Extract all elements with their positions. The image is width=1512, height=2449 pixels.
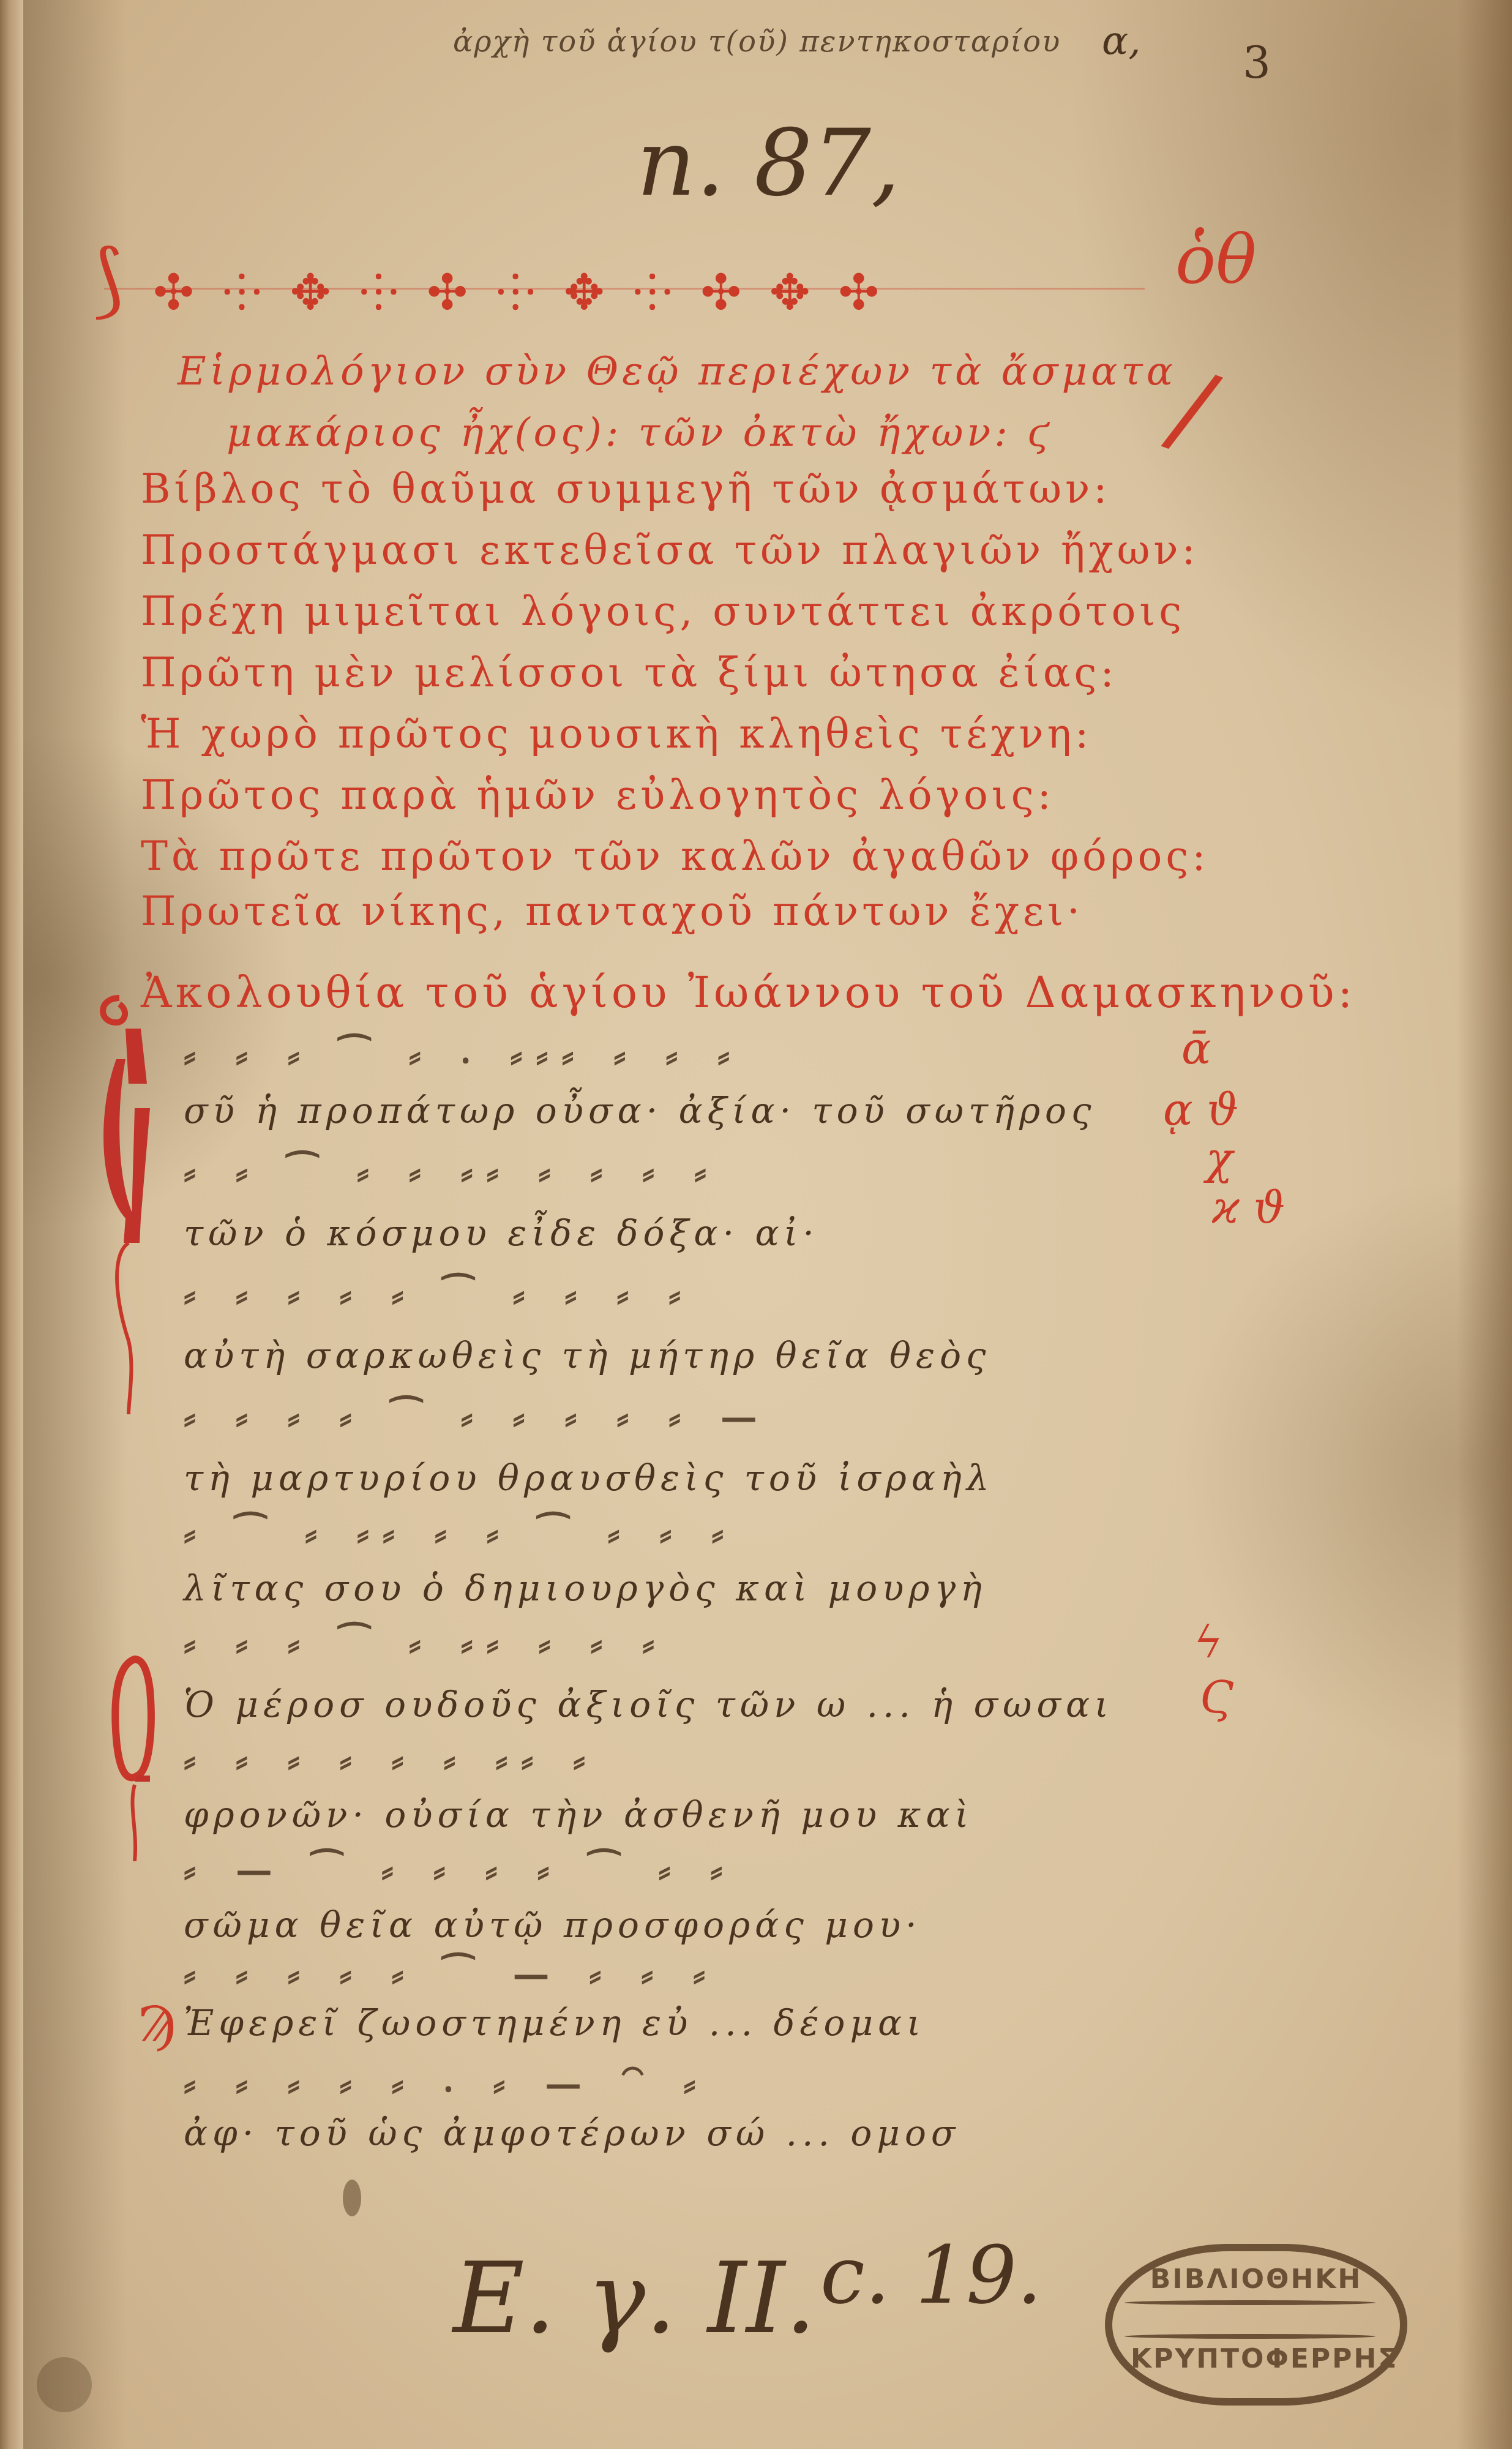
manuscript-number: n. 87, [637, 110, 900, 217]
neume-row: ⸗ ⸗ ⸗ ⸗ ⁀ ⸗ ⸗ ⸗ ⸗ ⸗ — [184, 1396, 771, 1439]
neume-row: ⸗ ⸗ ⸗ ⸗ ⸗ ⁀ — ⸗ ⸗ ⸗ [184, 1953, 719, 1996]
margin-note: ϟ [1194, 1616, 1223, 1668]
neume-row: ⸗ ⸗ ⁀ ⸗ ⸗ ⸗⸗ ⸗ ⸗ ⸗ ⸗ [184, 1151, 720, 1194]
chant-text-row: αὐτὴ σαρκωθεὶς τὴ μήτηρ θεῖα θεὸς [184, 1335, 991, 1376]
neume-row: ⸗ ⸗ ⸗ ⁀ ⸗ ⸗⸗ ⸗ ⸗ ⸗ [184, 1622, 668, 1665]
chant-text-row: λῖτας σου ὁ δημιουργὸς καὶ μουργὴ [184, 1567, 987, 1609]
rubric-verse-line: Τὰ πρῶτε πρῶτον τῶν καλῶν ἀγαθῶν φόρος: [141, 833, 1210, 880]
rubric-verse-line: Πρέχη μιμεῖται λόγοις, συντάττει ἀκρότοι… [141, 588, 1185, 635]
small-initial: Ϡ [138, 1996, 176, 2053]
rubric-title-line: μακάριος ἦχ(ος): τῶν ὀκτὼ ἤχων: ϛ [226, 410, 1053, 456]
margin-note: ᾳ ϑ [1163, 1084, 1238, 1135]
decorated-initial-icon [107, 1653, 162, 1861]
chant-text-row: ἀφ· τοῦ ὡς ἀμφοτέρων σώ ... ομοσ [184, 2112, 960, 2154]
folio-number: 3 [1243, 37, 1271, 88]
rubric-verse-line: Πρῶτος παρὰ ἡμῶν εὐλογητὸς λόγοις: [141, 771, 1055, 819]
top-note: ἀρχὴ τοῦ ἁγίου τ(οῦ) πεντηκοσταρίου [453, 24, 1061, 59]
neume-row: ⸗ ⸗ ⸗ ⁀ ⸗ ⸳ ⸗⸗⸗ ⸗ ⸗ ⸗ [184, 1029, 743, 1079]
neume-row: ⸗ — ⁀ ⸗ ⸗ ⸗ ⸗ ⁀ ⸗ ⸗ [184, 1849, 736, 1892]
chant-title: Ἀκολουθία τοῦ ἁγίου Ἰωάννου τοῦ Δαμασκην… [141, 967, 1356, 1018]
stamp-top-text: ΒΙΒΛΙΟΘΗΚΗ [1137, 2263, 1375, 2295]
neume-row: ⸗ ⸗ ⸗ ⸗ ⸗ ⸳ ⸗ — ⁀ ⸗ [184, 2057, 709, 2107]
margin-note: χ [1206, 1133, 1233, 1184]
library-stamp: ΒΙΒΛΙΟΘΗΚΗ ΚΡΥΠΤΟΦΕΡΡΗΣ [1105, 2244, 1407, 2406]
shelfmark-sub: c. 19. [820, 2229, 1042, 2322]
headpiece-flourish-left: ⟆ [92, 233, 123, 326]
chant-text-row: Ἐφερεῖ ζωοστημένη εὐ ... δέομαι [184, 2002, 926, 2044]
rubric-verse-line: Προστάγμασι εκτεθεῖσα τῶν πλαγιῶν ἤχων: [141, 527, 1199, 574]
margin-note: ϰ ϑ [1212, 1182, 1285, 1233]
binding-gutter [0, 0, 23, 2449]
top-alpha-mark: α, [1102, 18, 1141, 64]
ink-stain [37, 2357, 92, 2412]
stamp-band [1125, 2300, 1375, 2305]
margin-note: Ϛ [1200, 1671, 1233, 1723]
neume-row: ⸗ ⸗ ⸗ ⸗ ⸗ ⸗ ⸗⸗ ⸗ [184, 1739, 599, 1782]
stamp-band [1125, 2334, 1375, 2339]
chant-text-row: τὴ μαρτυρίου θραυσθεὶς τοῦ ἰσραὴλ [184, 1457, 994, 1499]
decorated-initial-icon [92, 986, 159, 1414]
chant-text-row: σῦ ἡ προπάτωρ οὖσα· ἀξία· τοῦ σωτῆρος [184, 1090, 1096, 1131]
ink-stain [343, 2180, 361, 2216]
chant-text-row: Ὁ μέροσ ουδοῦς ἀξιοῖς τῶν ω ... ἡ σωσαι [184, 1684, 1113, 1725]
headpiece-ornament: ✣ ⸭ ✥ ⸭ ✣ ⸭ ✥ ⸭ ✣ ✥ ✣ [153, 257, 1157, 331]
shelfmark: Ε. γ. II. [453, 2241, 816, 2355]
page-edge-stain [1457, 0, 1512, 2449]
rubric-verse-line: Πρῶτη μὲν μελίσσοι τὰ ξίμι ὠτησα ἐίας: [141, 649, 1118, 696]
rubric-verse-line: Βίβλος τὸ θαῦμα συμμεγῆ τῶν ᾀσμάτων: [141, 465, 1110, 512]
chant-text-row: φρονῶν· οὐσία τὴν ἀσθενῆ μου καὶ [184, 1794, 973, 1836]
margin-note: ᾱ [1181, 1022, 1211, 1074]
neume-row: ⸗ ⸗ ⸗ ⸗ ⸗ ⁀ ⸗ ⸗ ⸗ ⸗ [184, 1273, 694, 1316]
stamp-bottom-text: ΚΡΥΠΤΟΦΕΡΡΗΣ [1131, 2343, 1382, 2374]
chant-text-row: σῶμα θεῖα αὐτῷ προσφοράς μου· [184, 1904, 922, 1946]
rubric-verse-line: Πρωτεῖα νίκης, πανταχοῦ πάντων ἔχει· [141, 888, 1083, 935]
chant-text-row: τῶν ὁ κόσμου εἶδε δόξα· αἰ· [184, 1212, 819, 1254]
manuscript-page: ἀρχὴ τοῦ ἁγίου τ(οῦ) πεντηκοσταρίου α, 3… [0, 0, 1512, 2449]
rubric-title-line: Εἱρμολόγιον σὺν Θεῷ περιέχων τὰ ἄσματα [178, 349, 1177, 394]
headpiece-flourish-right: ὁθ [1175, 220, 1256, 299]
rubric-verse-line: Ἡ χωρὸ πρῶτος μουσικὴ κληθεὶς τέχνη: [141, 710, 1092, 757]
neume-row: ⸗ ⁀ ⸗ ⸗⸗ ⸗ ⸗ ⁀ ⸗ ⸗ ⸗ [184, 1512, 737, 1555]
